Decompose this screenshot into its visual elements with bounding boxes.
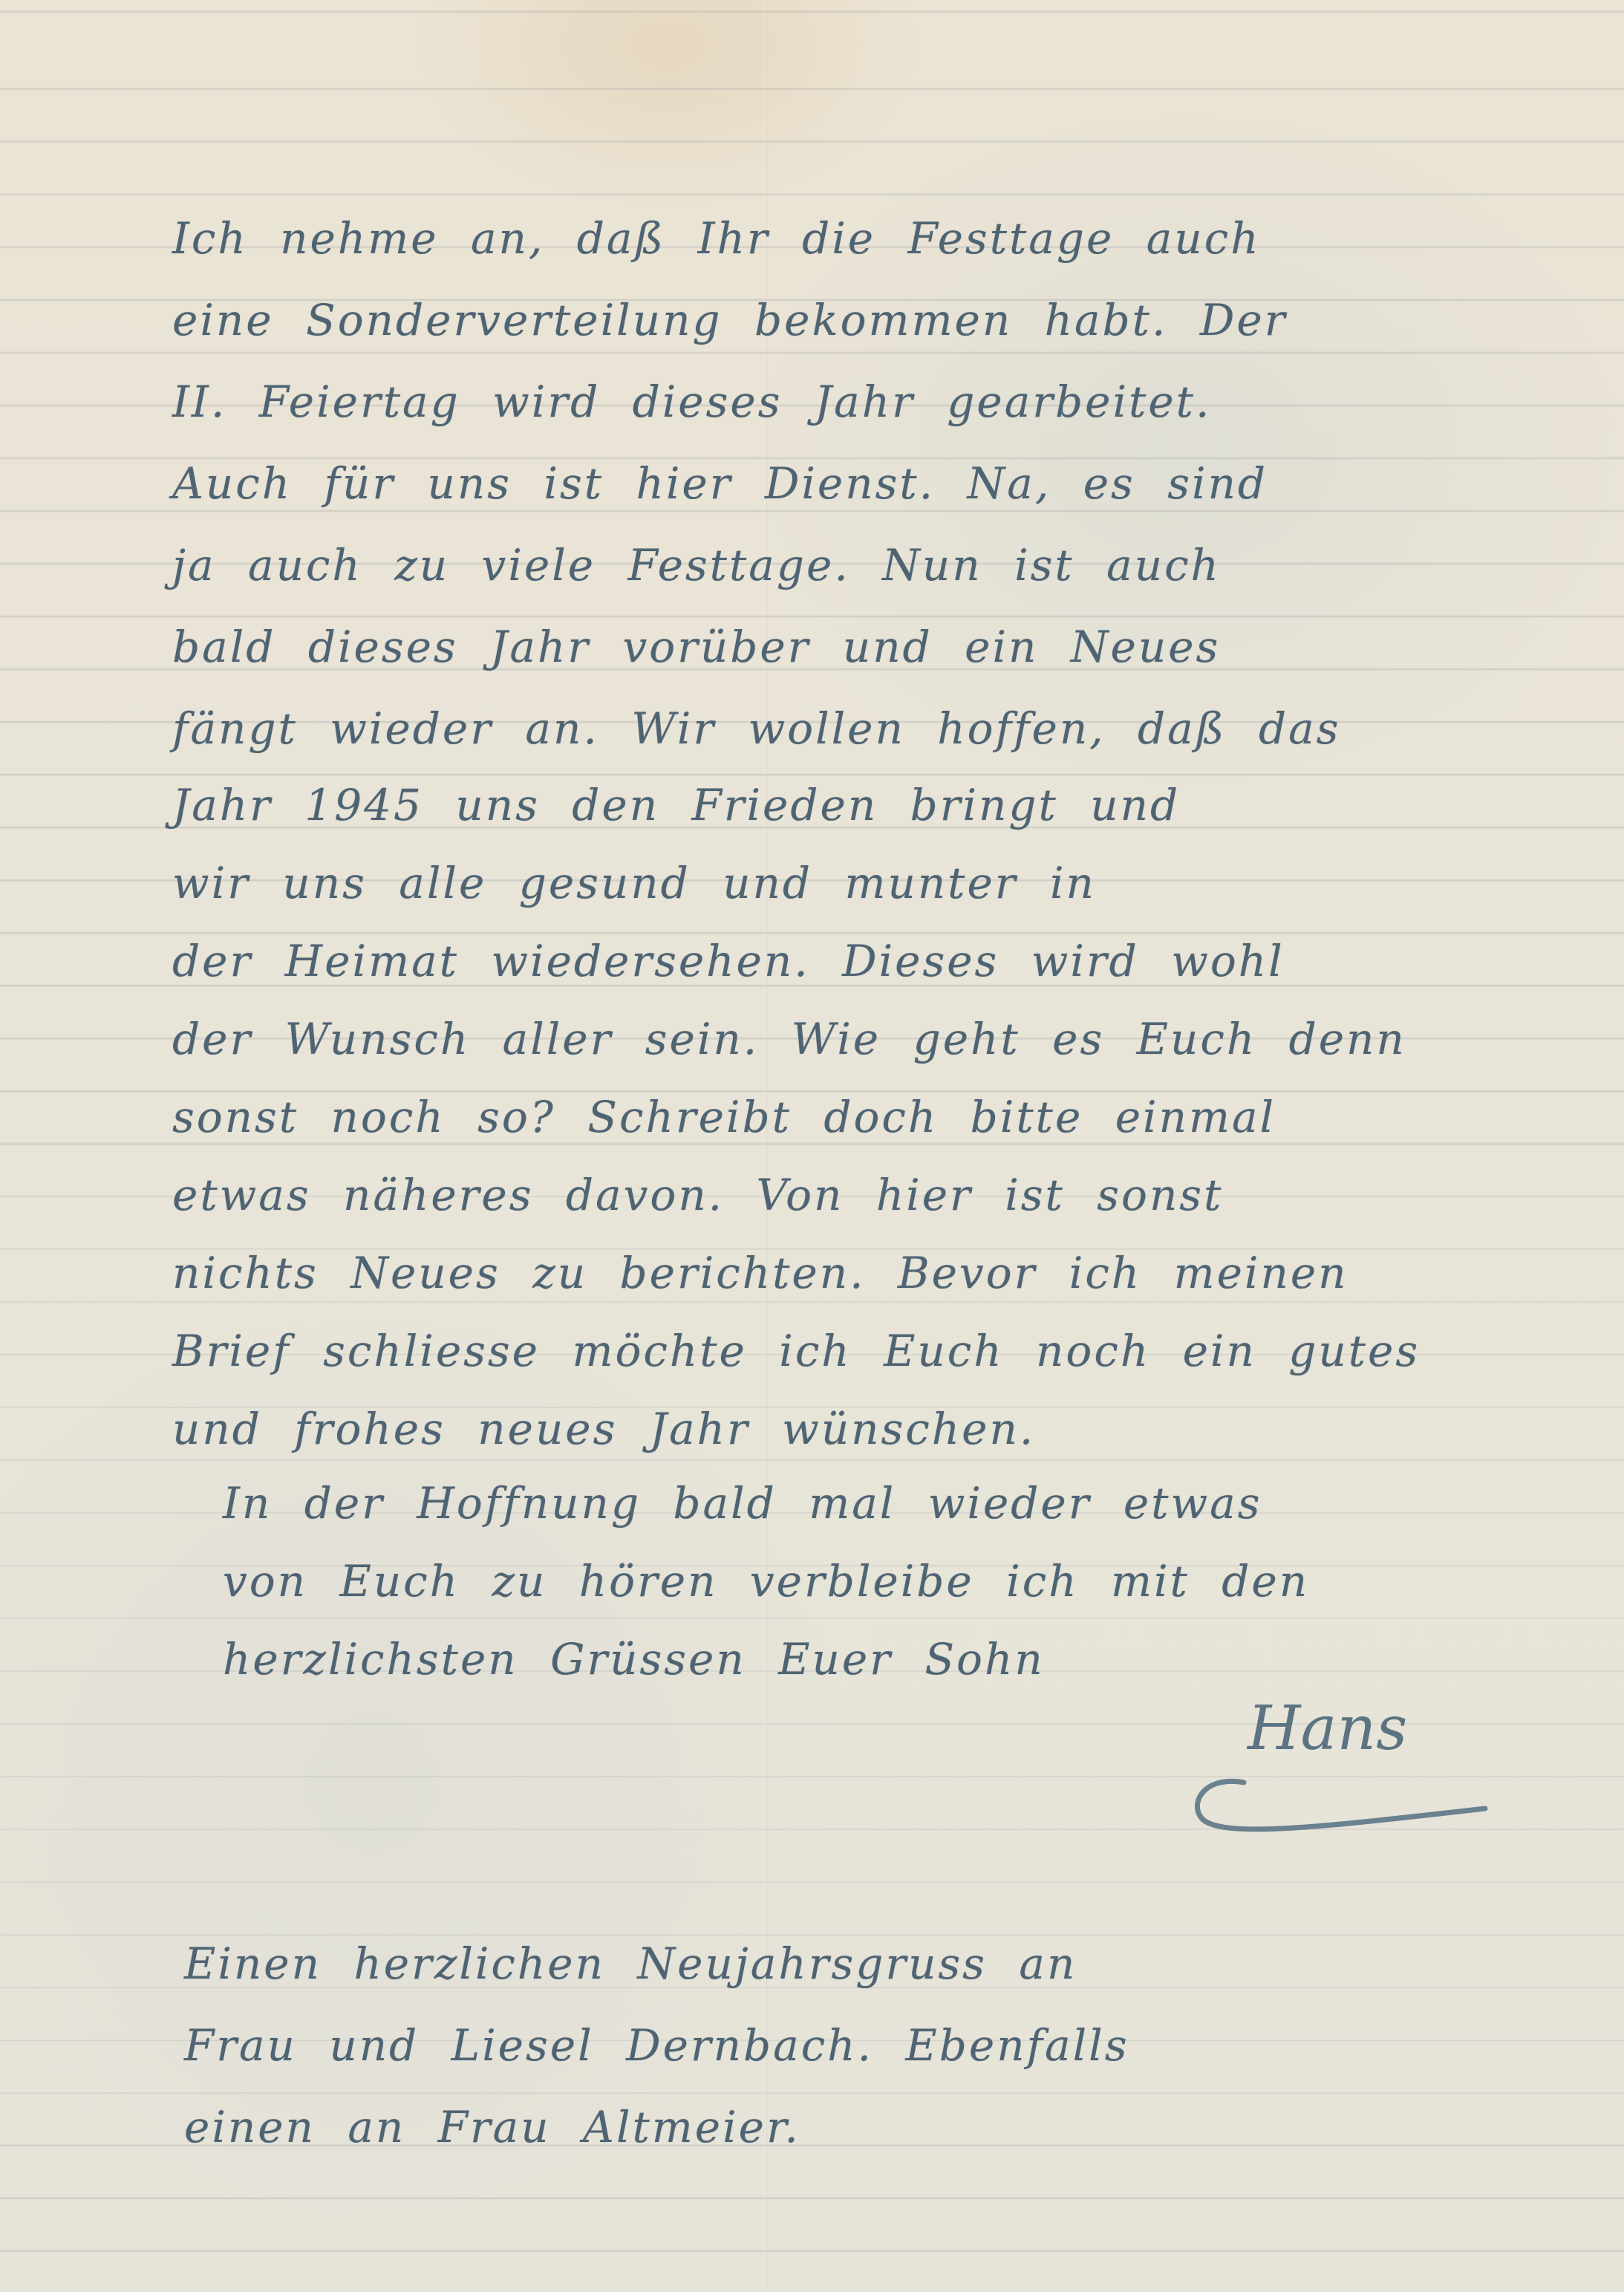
letter-page: Ich nehme an, daß Ihr die Festtage auch … [0, 0, 1624, 2292]
body-line: wir uns alle gesund und munter in [172, 862, 1096, 905]
postscript-line: Frau und Liesel Dernbach. Ebenfalls [184, 2024, 1129, 2067]
postscript-line: einen an Frau Altmeier. [184, 2106, 800, 2149]
body-line: der Heimat wiedersehen. Dieses wird wohl [172, 940, 1285, 983]
body-line: eine Sonderverteilung bekommen habt. Der [172, 299, 1287, 342]
body-line: sonst noch so? Schreibt doch bitte einma… [172, 1095, 1276, 1139]
body-line: nichts Neues zu berichten. Bevor ich mei… [172, 1251, 1349, 1295]
closing-line: von Euch zu hören verbleibe ich mit den [223, 1560, 1309, 1603]
closing-line: herzlichsten Grüssen Euer Sohn [223, 1638, 1045, 1681]
body-line: ja auch zu viele Festtage. Nun ist auch [172, 544, 1221, 587]
body-line: fängt wieder an. Wir wollen hoffen, daß … [172, 707, 1340, 750]
body-line: der Wunsch aller sein. Wie geht es Euch … [172, 1018, 1406, 1061]
body-line: Ich nehme an, daß Ihr die Festtage auch [172, 217, 1261, 260]
body-line: und frohes neues Jahr wünschen. [172, 1407, 1035, 1451]
closing-line: In der Hoffnung bald mal wieder etwas [223, 1482, 1262, 1525]
body-line: Jahr 1945 uns den Frieden bringt und [172, 784, 1180, 827]
signature: Hans [1248, 1693, 1407, 1764]
signature-flourish [1173, 1768, 1500, 1849]
body-line: Brief schliesse möchte ich Euch noch ein… [172, 1329, 1420, 1373]
body-line: II. Feiertag wird dieses Jahr gearbeitet… [172, 380, 1211, 423]
postscript-line: Einen herzlichen Neujahrsgruss an [184, 1942, 1077, 1985]
body-line: etwas näheres davon. Von hier ist sonst [172, 1173, 1223, 1217]
body-line: bald dieses Jahr vorüber und ein Neues [172, 625, 1220, 668]
body-line: Auch für uns ist hier Dienst. Na, es sin… [172, 462, 1268, 505]
